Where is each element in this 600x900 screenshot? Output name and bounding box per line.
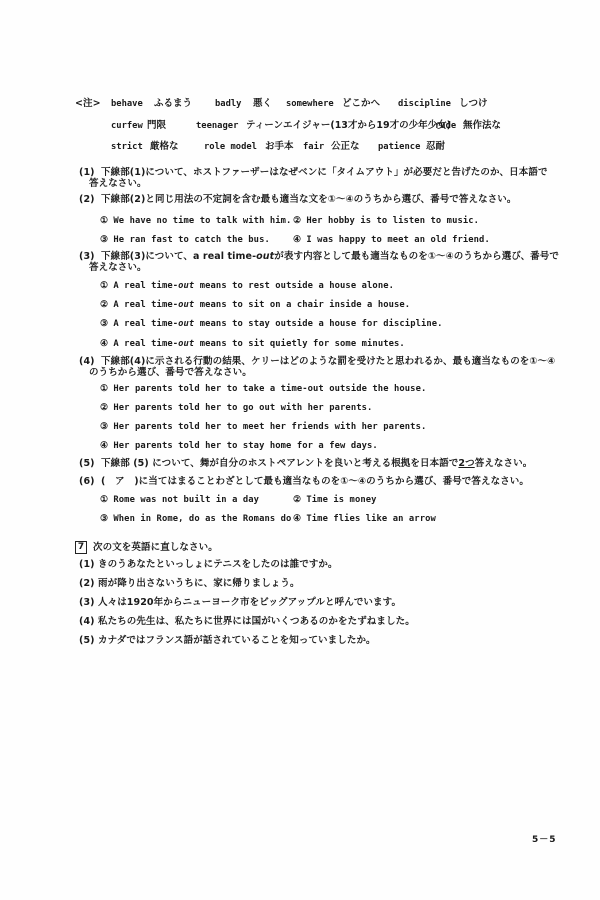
glossary-term: discipline bbox=[398, 98, 451, 110]
glossary-term: curfew bbox=[111, 120, 143, 132]
page-number: 5－5 bbox=[532, 832, 557, 845]
glossary-term: fair bbox=[303, 141, 324, 153]
glossary-term: behave bbox=[111, 98, 143, 110]
glossary-meaning: 門限 bbox=[147, 120, 166, 132]
question-text: 下線部(1)について、ホストファーザーはなぜベンに「タイムアウト」が必要だと告げ… bbox=[101, 167, 548, 179]
italic-word: out bbox=[178, 319, 194, 329]
option-text: means to rest outside a house alone. bbox=[194, 281, 394, 291]
italic-word: out bbox=[178, 339, 194, 349]
italic-word: out bbox=[178, 281, 194, 291]
answer-option: ① We have no time to talk with him. bbox=[100, 215, 291, 227]
glossary-meaning: 悪く bbox=[253, 98, 272, 110]
question-text-cont: 答えなさい。 bbox=[89, 178, 147, 190]
answer-option: ③ He ran fast to catch the bus. bbox=[100, 234, 270, 246]
option-text: ④ A real time- bbox=[100, 339, 178, 349]
option-text: ② A real time- bbox=[100, 300, 178, 310]
option-text: means to stay outside a house for discip… bbox=[194, 319, 442, 329]
glossary-meaning: 厳格な bbox=[150, 141, 179, 153]
question-text-cont: 答えなさい。 bbox=[89, 262, 147, 274]
translation-item: (1) きのうあなたといっしょにテニスをしたのは誰ですか。 bbox=[79, 559, 338, 571]
glossary-meaning: しつけ bbox=[459, 98, 488, 110]
glossary-term: role model bbox=[204, 141, 257, 153]
answer-option: ① Rome was not built in a day bbox=[100, 494, 259, 506]
glossary-term: rude bbox=[435, 120, 456, 132]
option-text: means to sit on a chair inside a house. bbox=[194, 300, 410, 310]
glossary-meaning: 無作法な bbox=[463, 120, 501, 132]
translation-item: (4) 私たちの先生は、私たちに世界には国がいくつあるのかをたずねました。 bbox=[79, 616, 415, 628]
question-text: 下線部(3)について、a real time-outが表す内容として最も適当なも… bbox=[101, 251, 559, 263]
answer-option: ④ A real time-out means to sit quietly f… bbox=[100, 338, 405, 350]
question-text-cont: のうちから選び、番号で答えなさい。 bbox=[89, 367, 252, 379]
section-instruction: 次の文を英語に直しなさい。 bbox=[93, 542, 218, 553]
question-number: (6) bbox=[79, 476, 95, 488]
glossary-meaning: ティーンエイジャー(13才から19才の少年少女) bbox=[246, 120, 451, 132]
question-text-part: 下線部(3)について、a real time- bbox=[101, 251, 256, 262]
answer-option: ④ Her parents told her to stay home for … bbox=[100, 440, 378, 452]
answer-option: ① A real time-out means to rest outside … bbox=[100, 280, 394, 292]
underlined-word: 2つ bbox=[458, 458, 474, 469]
italic-word: out bbox=[256, 251, 274, 262]
translation-item: (5) カナダではフランス語が話されていることを知っていましたか。 bbox=[79, 635, 376, 647]
question-text-part: 下線部 (5) について、舞が自分のホストペアレントを良いと考える根拠を日本語で bbox=[101, 458, 458, 469]
question-text: 下線部 (5) について、舞が自分のホストペアレントを良いと考える根拠を日本語で… bbox=[101, 458, 532, 470]
answer-option: ② Time is money bbox=[293, 494, 377, 506]
glossary-term: badly bbox=[215, 98, 241, 110]
option-text: means to sit quietly for some minutes. bbox=[194, 339, 404, 349]
answer-option: ③ A real time-out means to stay outside … bbox=[100, 318, 443, 330]
glossary-term: patience bbox=[378, 141, 420, 153]
answer-option: ③ Her parents told her to meet her frien… bbox=[100, 421, 426, 433]
answer-option: ④ I was happy to meet an old friend. bbox=[293, 234, 490, 246]
glossary-label: <注> bbox=[75, 98, 101, 110]
answer-option: ② A real time-out means to sit on a chai… bbox=[100, 299, 410, 311]
glossary-meaning: ふるまう bbox=[154, 98, 192, 110]
answer-option: ① Her parents told her to take a time-ou… bbox=[100, 383, 426, 395]
exam-page: <注> behave ふるまう badly 悪く somewhere どこかへ … bbox=[0, 0, 600, 900]
question-number: (5) bbox=[79, 458, 95, 470]
option-text: ① A real time- bbox=[100, 281, 178, 291]
question-text: ( ア )に当てはまることわざとして最も適当なものを①～④のうちから選び、番号で… bbox=[101, 476, 529, 488]
answer-option: ② Her parents told her to go out with he… bbox=[100, 402, 372, 414]
question-text-part: 答えなさい。 bbox=[475, 458, 533, 469]
section-number-box: 7 bbox=[75, 541, 87, 554]
section-heading: 7次の文を英語に直しなさい。 bbox=[75, 541, 218, 554]
question-text-part: が表す内容として最も適当なものを①～④のうちから選び、番号で bbox=[274, 251, 559, 262]
option-text: ③ A real time- bbox=[100, 319, 178, 329]
question-number: (2) bbox=[79, 194, 95, 206]
answer-option: ④ Time flies like an arrow bbox=[293, 513, 436, 525]
glossary-meaning: 公正な bbox=[331, 141, 360, 153]
answer-option: ② Her hobby is to listen to music. bbox=[293, 215, 479, 227]
glossary-term: strict bbox=[111, 141, 143, 153]
glossary-meaning: お手本 bbox=[265, 141, 294, 153]
translation-item: (2) 雨が降り出さないうちに、家に帰りましょう。 bbox=[79, 578, 300, 590]
question-text: 下線部(2)と同じ用法の不定詞を含む最も適当な文を①～④のうちから選び、番号で答… bbox=[101, 194, 517, 206]
glossary-term: teenager bbox=[196, 120, 238, 132]
answer-option: ③ When in Rome, do as the Romans do bbox=[100, 513, 291, 525]
glossary-meaning: どこかへ bbox=[342, 98, 380, 110]
glossary-term: somewhere bbox=[286, 98, 334, 110]
glossary-meaning: 忍耐 bbox=[426, 141, 445, 153]
italic-word: out bbox=[178, 300, 194, 310]
translation-item: (3) 人々は1920年からニューヨーク市をビッグアップルと呼んでいます。 bbox=[79, 597, 401, 609]
